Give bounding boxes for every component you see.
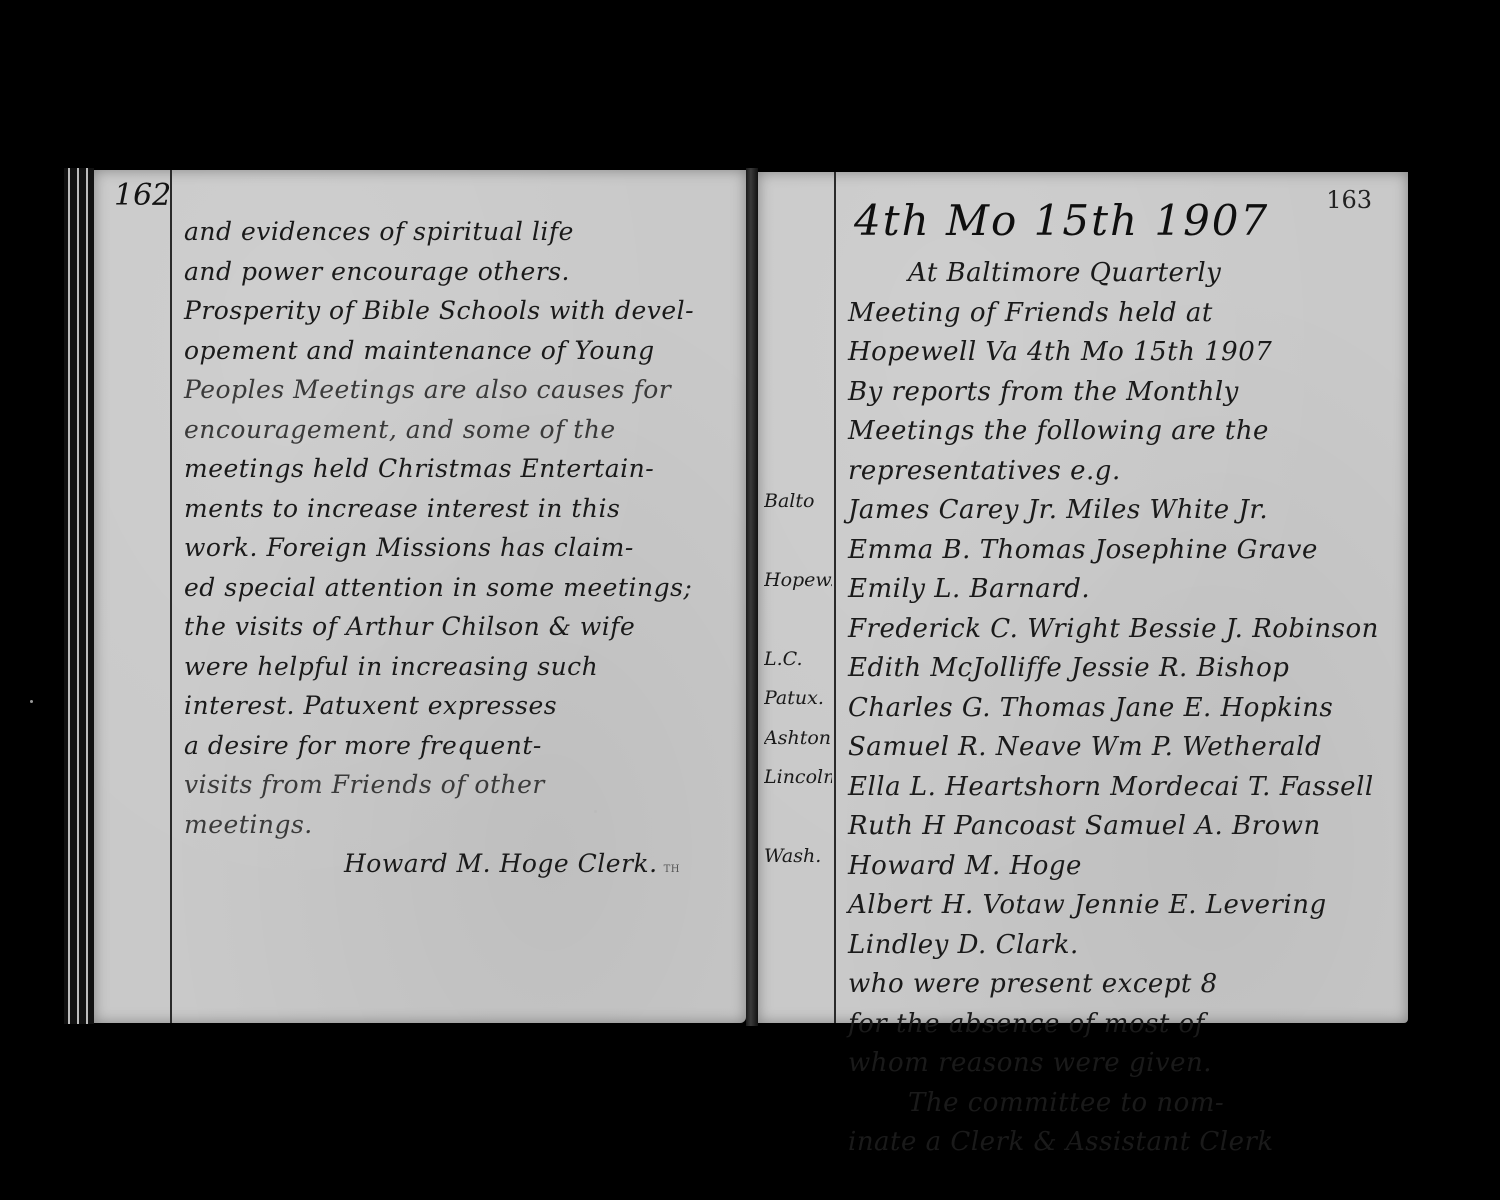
text-line: opement and maintenance of Young [184,331,734,371]
text-line: Meetings the following are the [848,412,1396,452]
paper-speck [594,810,597,813]
text-line: meetings held Christmas Entertain- [184,449,734,489]
signature-text: Howard M. Hoge Clerk. [344,849,658,878]
representative-line: Ella L. Heartshorn Mordecai T. Fassell [848,768,1396,808]
representative-line: Emma B. Thomas Josephine Grave [848,531,1396,571]
page-edges [64,168,94,1024]
text-line: and power encourage others. [184,252,734,292]
text-line: who were present except 8 [848,965,1396,1005]
representative-line: Ruth H Pancoast Samuel A. Brown [848,807,1396,847]
representative-line: Lindley D. Clark. [848,926,1396,966]
left-page-text: and evidences of spiritual life and powe… [184,212,734,884]
text-line: Hopewell Va 4th Mo 15th 1907 [848,333,1396,373]
text-line: Prosperity of Bible Schools with devel- [184,291,734,331]
text-line: a desire for more frequent- [184,726,734,766]
text-line: inate a Clerk & Assistant Clerk [848,1123,1396,1163]
representative-line: Edith McJolliffe Jessie R. Bishop [848,649,1396,689]
text-line: work. Foreign Missions has claim- [184,528,734,568]
text-line: were helpful in increasing such [184,647,734,687]
left-page: 162 and evidences of spiritual life and … [94,170,746,1023]
archive-stamp: TH [664,864,680,875]
text-line: and evidences of spiritual life [184,212,734,252]
representative-line: Charles G. Thomas Jane E. Hopkins [848,689,1396,729]
text-line: Meeting of Friends held at [848,294,1396,334]
text-line: By reports from the Monthly [848,373,1396,413]
text-line: ments to increase interest in this [184,489,734,529]
representative-line: Samuel R. Neave Wm P. Wetherald [848,728,1396,768]
film-speck [30,700,33,703]
left-margin-rule [170,170,172,1023]
right-page: 163 4th Mo 15th 1907 Balto Hopew. L.C. P… [758,172,1408,1023]
right-page-number: 163 [1326,186,1372,214]
text-line: interest. Patuxent expresses [184,686,734,726]
margin-label-lincoln: Lincoln [764,766,832,788]
margin-label-balto: Balto [764,490,832,512]
text-line: representatives e.g. [848,452,1396,492]
left-page-number: 162 [114,178,171,213]
representative-line: Howard M. Hoge [848,847,1396,887]
ledger-spread: 162 and evidences of spiritual life and … [0,0,1500,1200]
text-line: ed special attention in some meetings; [184,568,734,608]
right-page-text: At Baltimore Quarterly Meeting of Friend… [848,254,1396,1163]
text-line: encouragement, and some of the [184,410,734,450]
margin-label-ashton: Ashton [764,727,832,749]
text-line: The committee to nom- [848,1084,1396,1124]
text-line: At Baltimore Quarterly [848,254,1396,294]
date-heading: 4th Mo 15th 1907 [854,196,1269,245]
book-gutter [746,168,758,1026]
margin-label-lc: L.C. [764,648,832,670]
text-line: Peoples Meetings are also causes for [184,370,734,410]
representative-line: Frederick C. Wright Bessie J. Robinson [848,610,1396,650]
text-line: the visits of Arthur Chilson & wife [184,607,734,647]
representative-line: James Carey Jr. Miles White Jr. [848,491,1396,531]
margin-label-patuxent: Patux. [764,687,832,709]
representative-line: Emily L. Barnard. [848,570,1396,610]
margin-label-washington: Wash. [764,845,832,867]
representative-line: Albert H. Votaw Jennie E. Levering [848,886,1396,926]
text-line: whom reasons were given. [848,1044,1396,1084]
text-line: for the absence of most of [848,1005,1396,1045]
text-line: meetings. [184,805,734,845]
margin-label-hopewell: Hopew. [764,569,832,591]
text-line: visits from Friends of other [184,765,734,805]
right-margin-rule [834,172,836,1023]
clerk-signature: Howard M. Hoge Clerk.TH [184,844,734,884]
